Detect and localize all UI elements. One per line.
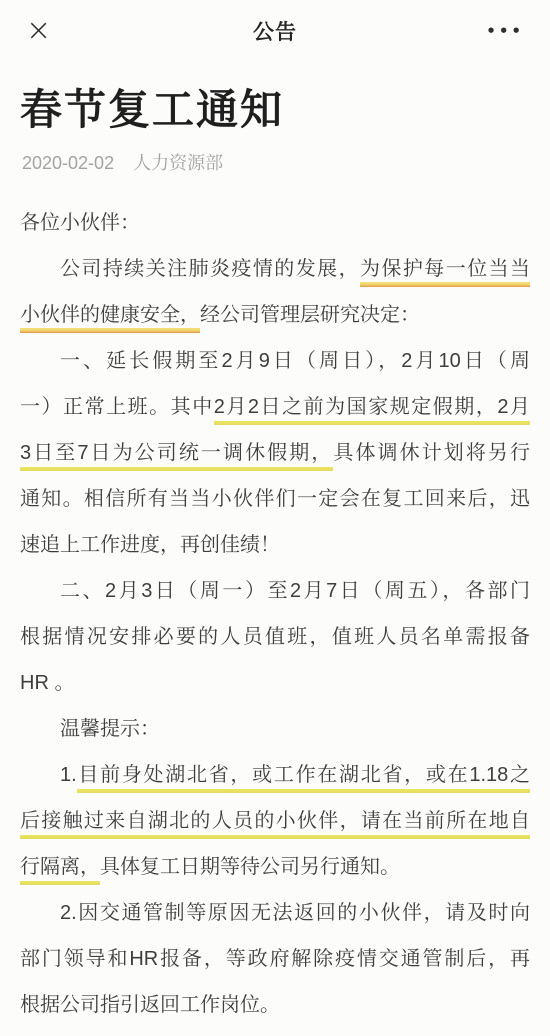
text-line: 后接触过来自湖北的人员的小伙伴，请在当前所在地自 — [20, 798, 530, 844]
text-line: 行隔离，具体复工日期等待公司另行通知。 — [20, 844, 530, 890]
text-line: 3日至7日为公司统一调休假期，具体调休计划将另行 — [20, 430, 530, 476]
article-body: 各位小伙伴：公司持续关注肺炎疫情的发展，为保护每一位当当小伙伴的健康安全，经公司… — [20, 200, 530, 1028]
text-line: 速追上工作进度，再创佳绩！ — [20, 522, 530, 568]
highlighted-text: 后接触过来自湖北的人员的小伙伴，请在当前所在地自 — [20, 810, 530, 839]
text-line: 根据公司指引返回工作岗位。 — [20, 982, 530, 1028]
text-segment: 具体复工日期等待公司另行通知。 — [100, 856, 400, 878]
text-segment: 公司持续关注肺炎疫情的发展， — [60, 258, 360, 280]
highlighted-text: 3日至7日为公司统一调休假期， — [20, 442, 333, 471]
text-segment: 根据公司指引返回工作岗位。 — [20, 994, 280, 1016]
text-segment: 具体调休计划将另行 — [333, 442, 530, 464]
highlighted-text: 行隔离， — [20, 856, 100, 885]
announcement-page: × 公告 ••• 春节复工通知 2020-02-02 人力资源部 各位小伙伴：公… — [0, 0, 550, 1036]
text-line: 通知。相信所有当当小伙伴们一定会在复工回来后，迅 — [20, 476, 530, 522]
text-line: 公司持续关注肺炎疫情的发展，为保护每一位当当 — [20, 246, 530, 292]
highlighted-text: 为保护每一位当当 — [360, 258, 530, 287]
text-segment: 一）正常上班。其中 — [20, 396, 214, 418]
text-segment: 1. — [60, 764, 77, 786]
text-line: 二、2月3日（周一）至2月7日（周五），各部门 — [20, 568, 530, 614]
text-segment: 经公司管理层研究决定： — [200, 304, 420, 326]
top-bar: × 公告 ••• — [0, 0, 550, 62]
text-segment: 根据情况安排必要的人员值班，值班人员名单需报备 — [20, 626, 530, 648]
article-title: 春节复工通知 — [20, 86, 530, 134]
text-segment: 通知。相信所有当当小伙伴们一定会在复工回来后，迅 — [20, 488, 530, 510]
article-date: 2020-02-02 — [22, 153, 114, 173]
text-line: 一）正常上班。其中2月2日之前为国家规定假期，2月 — [20, 384, 530, 430]
text-line: 各位小伙伴： — [20, 200, 530, 246]
page-title: 公告 — [253, 16, 297, 46]
close-icon[interactable]: × — [26, 16, 51, 46]
text-line: 根据情况安排必要的人员值班，值班人员名单需报备 — [20, 614, 530, 660]
highlighted-text: 小伙伴的健康安全， — [20, 304, 200, 333]
text-line: 2.因交通管制等原因无法返回的小伙伴，请及时向 — [20, 890, 530, 936]
text-segment: 温馨提示： — [60, 718, 160, 740]
text-segment: 二、2月3日（周一）至2月7日（周五），各部门 — [60, 580, 530, 602]
highlighted-text: 目前身处湖北省，或工作在湖北省，或在1.18之 — [77, 764, 530, 793]
text-segment: 一、延长假期至2月9日（周日），2月10日（周 — [60, 350, 530, 372]
more-menu-icon[interactable]: ••• — [486, 24, 524, 39]
text-line: 一、延长假期至2月9日（周日），2月10日（周 — [20, 338, 530, 384]
text-line: 1.目前身处湖北省，或工作在湖北省，或在1.18之 — [20, 752, 530, 798]
text-line: 温馨提示： — [20, 706, 530, 752]
article-meta: 2020-02-02 人力资源部 — [22, 149, 530, 175]
text-segment: 部门领导和HR报备，等政府解除疫情交通管制后，再 — [20, 948, 530, 970]
article-department: 人力资源部 — [133, 153, 223, 173]
text-line: 小伙伴的健康安全，经公司管理层研究决定： — [20, 292, 530, 338]
text-segment: HR 。 — [20, 672, 74, 694]
highlighted-text: 2月2日之前为国家规定假期，2月 — [214, 396, 530, 425]
text-segment: 速追上工作进度，再创佳绩！ — [20, 534, 280, 556]
text-line: 部门领导和HR报备，等政府解除疫情交通管制后，再 — [20, 936, 530, 982]
text-segment: 各位小伙伴： — [20, 212, 140, 234]
text-segment: 2.因交通管制等原因无法返回的小伙伴，请及时向 — [60, 902, 530, 924]
text-line: HR 。 — [20, 660, 530, 706]
